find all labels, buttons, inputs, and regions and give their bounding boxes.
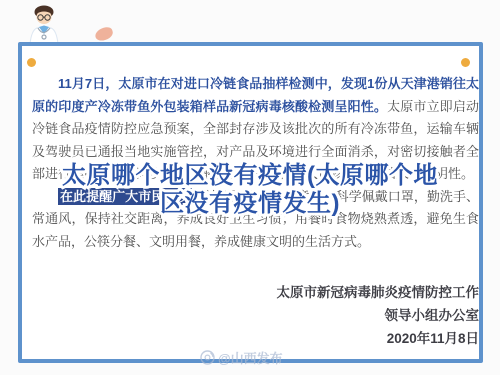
notice-image: 11月7日，太原市在对进口冷链食品抽样检测中，发现1份从天津港销往太原的印度产冷… — [0, 0, 500, 375]
doctor-avatar-icon — [25, 4, 63, 44]
signature-block: 太原市新冠病毒肺炎疫情防控工作 领导小组办公室 2020年11月8日 — [32, 281, 479, 350]
headline-line1: 太原哪个地区没有疫情(太原哪个地 — [0, 162, 500, 190]
pin-dot-right — [461, 58, 470, 67]
signature-org-line1: 太原市新冠病毒肺炎疫情防控工作 — [32, 281, 479, 304]
weibo-logo-icon — [200, 350, 215, 365]
headline-text-layer: 太原哪个地区没有疫情(太原哪个地 区没有疫情发生) — [0, 162, 500, 218]
hand-icon — [94, 26, 115, 43]
pin-dot-left — [27, 58, 36, 67]
headline-line2: 区没有疫情发生) — [0, 190, 500, 218]
watermark-text: @山西发布 — [218, 348, 283, 367]
headline-overlay: 太原哪个地区没有疫情(太原哪个地 区没有疫情发生) 太原哪个地区没有疫情(太原哪… — [0, 162, 500, 218]
signature-date: 2020年11月8日 — [32, 327, 479, 350]
signature-org-line2: 领导小组办公室 — [32, 304, 479, 327]
watermark: @山西发布 — [200, 348, 283, 367]
